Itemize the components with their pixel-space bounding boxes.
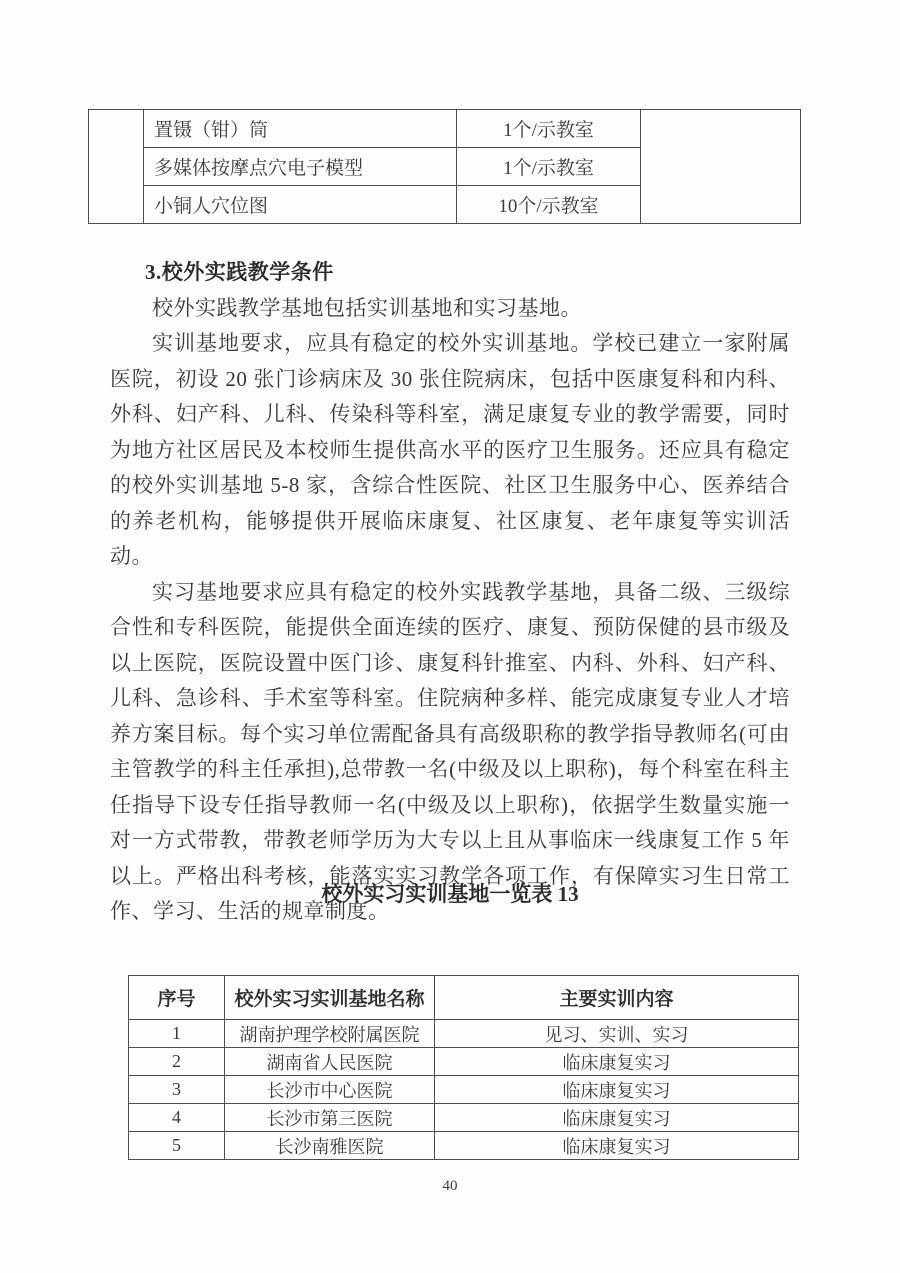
cell-training-content: 临床康复实习	[435, 1104, 799, 1132]
section-body: 3.校外实践教学条件 校外实践教学基地包括实训基地和实习基地。 实训基地要求，应…	[110, 255, 790, 930]
equipment-table: 置镊（钳）筒 1个/示教室 多媒体按摩点穴电子模型 1个/示教室 小铜人穴位图 …	[88, 109, 801, 224]
paragraph: 实训基地要求，应具有稳定的校外实训基地。学校已建立一家附属医院，初设 20 张门…	[110, 326, 790, 575]
paragraph: 校外实践教学基地包括实训基地和实习基地。	[110, 291, 790, 327]
table-row: 1 湖南护理学校附属医院 见习、实训、实习	[129, 1020, 799, 1048]
equipment-name-cell: 小铜人穴位图	[144, 186, 457, 224]
cell-training-content: 临床康复实习	[435, 1076, 799, 1104]
page-number: 40	[0, 1178, 900, 1195]
cell-index: 1	[129, 1020, 225, 1048]
header-base-name: 校外实习实训基地名称	[225, 976, 435, 1020]
section-heading: 3.校外实践教学条件	[110, 255, 790, 291]
header-training-content: 主要实训内容	[435, 976, 799, 1020]
equipment-qty-cell: 1个/示教室	[457, 148, 641, 186]
cell-index: 3	[129, 1076, 225, 1104]
document-page: 置镊（钳）筒 1个/示教室 多媒体按摩点穴电子模型 1个/示教室 小铜人穴位图 …	[0, 0, 900, 1273]
bases-table-title: 校外实习实训基地一览表 13	[0, 878, 900, 908]
cell-training-content: 临床康复实习	[435, 1048, 799, 1076]
bases-table: 序号 校外实习实训基地名称 主要实训内容 1 湖南护理学校附属医院 见习、实训、…	[128, 975, 799, 1160]
header-index: 序号	[129, 976, 225, 1020]
table-row: 4 长沙市第三医院 临床康复实习	[129, 1104, 799, 1132]
cell-base-name: 长沙市第三医院	[225, 1104, 435, 1132]
cell-index: 5	[129, 1132, 225, 1160]
equipment-qty-cell: 10个/示教室	[457, 186, 641, 224]
cell-index: 2	[129, 1048, 225, 1076]
equipment-note-cell	[641, 110, 801, 224]
table-row: 置镊（钳）筒 1个/示教室	[89, 110, 801, 148]
cell-base-name: 湖南省人民医院	[225, 1048, 435, 1076]
paragraph: 实习基地要求应具有稳定的校外实践教学基地，具备二级、三级综合性和专科医院，能提供…	[110, 575, 790, 930]
table-row: 2 湖南省人民医院 临床康复实习	[129, 1048, 799, 1076]
equipment-qty-cell: 1个/示教室	[457, 110, 641, 148]
cell-base-name: 长沙市中心医院	[225, 1076, 435, 1104]
cell-training-content: 见习、实训、实习	[435, 1020, 799, 1048]
cell-base-name: 湖南护理学校附属医院	[225, 1020, 435, 1048]
equipment-name-cell: 多媒体按摩点穴电子模型	[144, 148, 457, 186]
table-row: 5 长沙南雅医院 临床康复实习	[129, 1132, 799, 1160]
cell-base-name: 长沙南雅医院	[225, 1132, 435, 1160]
table-header-row: 序号 校外实习实训基地名称 主要实训内容	[129, 976, 799, 1020]
cell-training-content: 临床康复实习	[435, 1132, 799, 1160]
equipment-category-cell	[89, 110, 144, 224]
equipment-name-cell: 置镊（钳）筒	[144, 110, 457, 148]
table-row: 3 长沙市中心医院 临床康复实习	[129, 1076, 799, 1104]
cell-index: 4	[129, 1104, 225, 1132]
